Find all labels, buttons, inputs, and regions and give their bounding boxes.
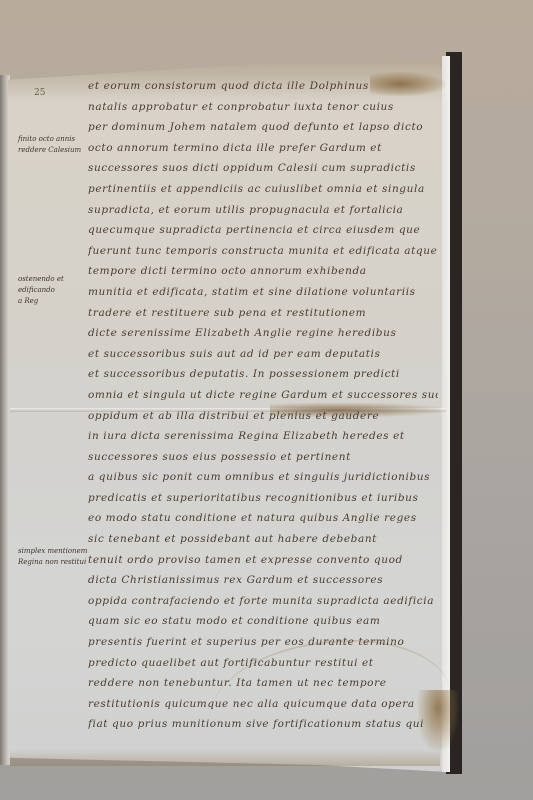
text-line: reddere non tenebuntur. Ita tamen ut nec… [88, 673, 438, 694]
margin-note: finito octo annis reddere Calesium [18, 134, 88, 156]
margin-note-line: reddere Calesium [18, 145, 88, 156]
margin-note: ostenendo et edificando a Reg [18, 274, 88, 307]
stain-bottom-edge [10, 750, 440, 766]
text-line: fiat quo prius munitionum sive fortifica… [88, 714, 438, 735]
text-line: omnia et singula ut dicte regine Gardum … [88, 385, 438, 406]
margin-note-line: a Reg [18, 296, 88, 307]
margin-note-line: ostenendo et edificando [18, 274, 88, 296]
margin-note-line: finito octo annis [18, 134, 88, 145]
text-line: predicatis et superioritatibus recogniti… [88, 488, 438, 509]
text-line: successores suos dicti oppidum Calesii c… [88, 158, 438, 179]
page-edge-right [442, 56, 450, 772]
text-line: dicta Christianissimus rex Gardum et suc… [88, 570, 438, 591]
page-number: 25 [34, 88, 45, 98]
text-line: oppida contrafaciendo et forte munita su… [88, 591, 438, 612]
manuscript-photo: 25 finito octo annis reddere Calesium os… [0, 0, 533, 800]
text-line: octo annorum termino dicta ille prefer G… [88, 138, 438, 159]
text-line: supradicta, et eorum utilis propugnacula… [88, 200, 438, 221]
text-line: a quibus sic ponit cum omnibus et singul… [88, 467, 438, 488]
margin-note-line: simplex mentionem [18, 546, 88, 557]
text-line: fuerunt tunc temporis constructa munita … [88, 241, 438, 262]
text-line: eo modo statu conditione et natura quibu… [88, 508, 438, 529]
text-line: tempore dicti termino octo annorum exhib… [88, 261, 438, 282]
text-line: et eorum consistorum quod dicta ille Dol… [88, 76, 438, 97]
text-line: tenuit ordo proviso tamen et expresse co… [88, 550, 438, 571]
text-line: presentis fuerint et superius per eos du… [88, 632, 438, 653]
text-line: predicto quaelibet aut fortificabuntur r… [88, 653, 438, 674]
text-line: dicte serenissime Elizabeth Anglie regin… [88, 323, 438, 344]
text-line: successores suos eius possessio et perti… [88, 447, 438, 468]
text-line: quecumque supradicta pertinencia et circ… [88, 220, 438, 241]
margin-note: simplex mentionem Regina non restitui [18, 546, 88, 568]
text-line: tradere et restituere sub pena et restit… [88, 303, 438, 324]
text-line: sic tenebant et possidebant aut habere d… [88, 529, 438, 550]
text-line: et successoribus deputatis. In possessio… [88, 364, 438, 385]
text-line: et successoribus suis aut ad id per eam … [88, 344, 438, 365]
text-line: natalis approbatur et conprobatur iuxta … [88, 97, 438, 118]
text-line: quam sic eo statu modo et conditione qui… [88, 611, 438, 632]
text-line: restitutionis quicumque nec alia quicumq… [88, 694, 438, 715]
text-line: in iura dicta serenissima Regina Elizabe… [88, 426, 438, 447]
text-line: pertinentiis et appendiciis ac cuiuslibe… [88, 179, 438, 200]
margin-note-line: Regina non restitui [18, 557, 88, 568]
text-line: per dominum Johem natalem quod defunto e… [88, 117, 438, 138]
manuscript-text: et eorum consistorum quod dicta ille Dol… [88, 76, 438, 735]
text-line: oppidum et ab illa distribui et plenius … [88, 406, 438, 427]
text-line: munitia et edificata, statim et sine dil… [88, 282, 438, 303]
